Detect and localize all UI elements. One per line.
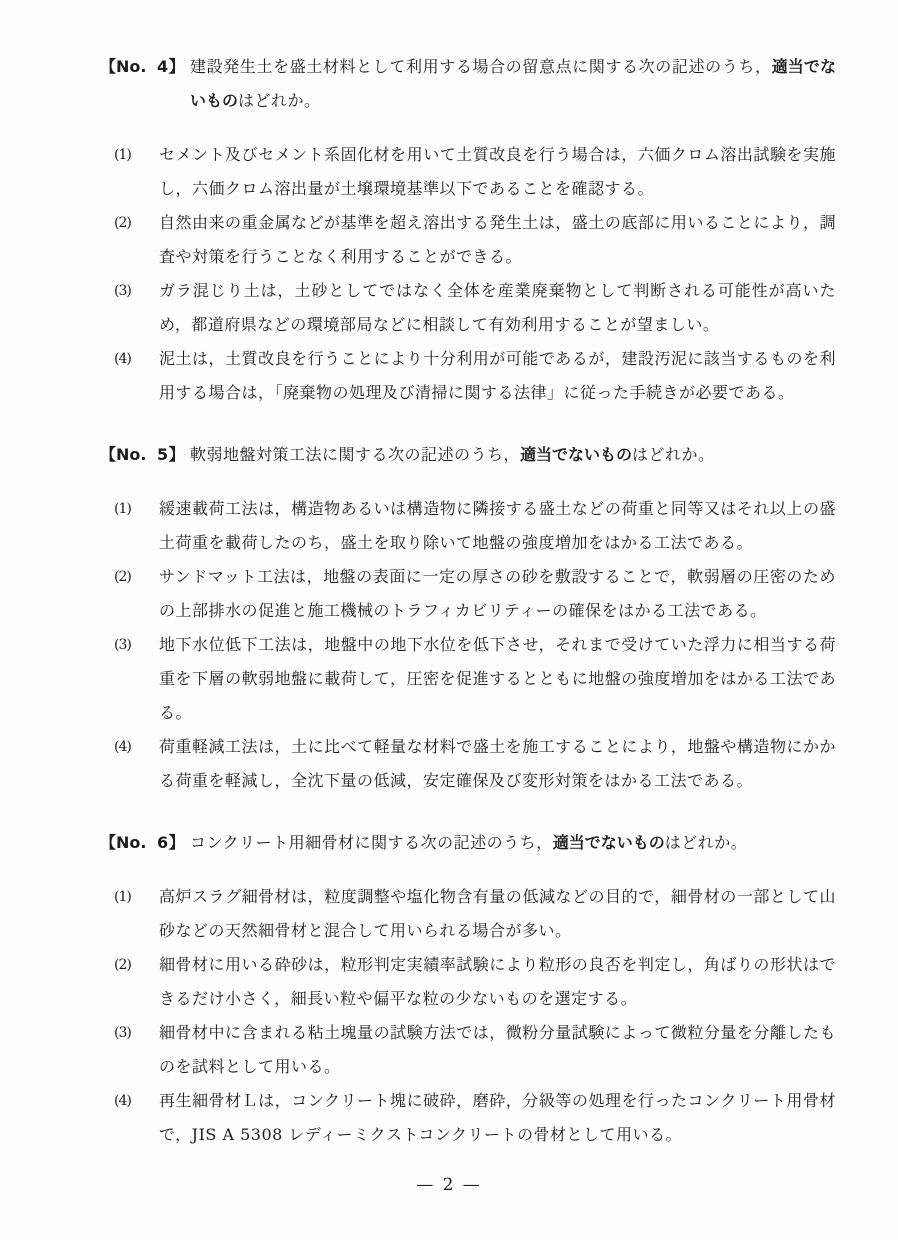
option-row: (2) サンドマット工法は，地盤の表面に一定の厚さの砂を敷設することで，軟弱層の…	[114, 560, 836, 628]
option-number: (4)	[114, 342, 131, 376]
option-number: (3)	[114, 628, 131, 662]
option-row: (4) 荷重軽減工法は，土に比べて軽量な材料で盛土を施工することにより，地盤や構…	[114, 730, 836, 798]
option-row: (4) 再生細骨材Ｌは，コンクリート塊に破砕，磨砕，分級等の処理を行ったコンクリ…	[114, 1084, 836, 1152]
question-4-stem: 建設発生土を盛土材料として利用する場合の留意点に関する次の記述のうち，	[190, 57, 772, 76]
question-5-stem-suffix: はどれか。	[632, 445, 715, 464]
exam-page: 【No. 4】 建設発生土を盛土材料として利用する場合の留意点に関する次の記述の…	[0, 0, 898, 1240]
question-6-stem: コンクリート用細骨材に関する次の記述のうち，	[190, 833, 553, 852]
option-row: (1) 高炉スラグ細骨材は，粒度調整や塩化物含有量の低減などの目的で，細骨材の一…	[114, 880, 836, 948]
question-4-number: 4】	[157, 50, 185, 84]
question-4-header: 【No. 4】 建設発生土を盛土材料として利用する場合の留意点に関する次の記述の…	[100, 50, 836, 118]
option-row: (3) 細骨材中に含まれる粘土塊量の試験方法では，微粉分量試験によって微粒分量を…	[114, 1016, 836, 1084]
question-4: 【No. 4】 建設発生土を盛土材料として利用する場合の留意点に関する次の記述の…	[100, 50, 836, 410]
question-6-no-bracket: 【No.	[100, 826, 146, 860]
question-5: 【No. 5】 軟弱地盤対策工法に関する次の記述のうち，適当でないものはどれか。…	[100, 438, 836, 798]
option-number: (1)	[114, 492, 131, 526]
option-number: (2)	[114, 560, 131, 594]
option-row: (3) ガラ混じり土は，土砂としてではなく全体を産業廃棄物として判断される可能性…	[114, 274, 836, 342]
question-5-stem: 軟弱地盤対策工法に関する次の記述のうち，	[190, 445, 520, 464]
option-row: (1) セメント及びセメント系固化材を用いて土質改良を行う場合は，六価クロム溶出…	[114, 138, 836, 206]
option-text: 荷重軽減工法は，土に比べて軽量な材料で盛土を施工することにより，地盤や構造物にか…	[159, 737, 836, 790]
question-5-header: 【No. 5】 軟弱地盤対策工法に関する次の記述のうち，適当でないものはどれか。	[100, 438, 836, 472]
option-number: (3)	[114, 1016, 131, 1050]
option-row: (1) 緩速載荷工法は，構造物あるいは構造物に隣接する盛土などの荷重と同等又はそ…	[114, 492, 836, 560]
question-5-options: (1) 緩速載荷工法は，構造物あるいは構造物に隣接する盛土などの荷重と同等又はそ…	[114, 492, 836, 798]
option-text: 高炉スラグ細骨材は，粒度調整や塩化物含有量の低減などの目的で，細骨材の一部として…	[159, 887, 836, 940]
option-text: 緩速載荷工法は，構造物あるいは構造物に隣接する盛土などの荷重と同等又はそれ以上の…	[159, 499, 836, 552]
page-number-footer: — 2 —	[0, 1168, 898, 1202]
option-text: サンドマット工法は，地盤の表面に一定の厚さの砂を敷設することで，軟弱層の圧密のた…	[159, 567, 836, 620]
question-6-number: 6】	[157, 826, 185, 860]
option-text: 細骨材中に含まれる粘土塊量の試験方法では，微粉分量試験によって微粒分量を分離した…	[159, 1023, 836, 1076]
question-6-header: 【No. 6】 コンクリート用細骨材に関する次の記述のうち，適当でないものはどれ…	[100, 826, 836, 860]
question-6-options: (1) 高炉スラグ細骨材は，粒度調整や塩化物含有量の低減などの目的で，細骨材の一…	[114, 880, 836, 1152]
question-4-stem-suffix: はどれか。	[238, 91, 321, 110]
question-4-no-bracket: 【No.	[100, 50, 146, 84]
question-5-number: 5】	[157, 438, 185, 472]
question-6-stem-suffix: はどれか。	[665, 833, 748, 852]
option-number: (4)	[114, 730, 131, 764]
option-text: 地下水位低下工法は，地盤中の地下水位を低下させ，それまで受けていた浮力に相当する…	[159, 635, 836, 722]
option-text: 再生細骨材Ｌは，コンクリート塊に破砕，磨砕，分級等の処理を行ったコンクリート用骨…	[159, 1091, 836, 1144]
option-number: (4)	[114, 1084, 131, 1118]
option-number: (3)	[114, 274, 131, 308]
question-6-stem-emphasis: 適当でないもの	[553, 833, 665, 852]
option-row: (2) 自然由来の重金属などが基準を超え溶出する発生土は，盛土の底部に用いること…	[114, 206, 836, 274]
option-text: セメント及びセメント系固化材を用いて土質改良を行う場合は，六価クロム溶出試験を実…	[159, 145, 836, 198]
option-number: (2)	[114, 206, 131, 240]
option-text: 泥土は，土質改良を行うことにより十分利用が可能であるが，建設汚泥に該当するものを…	[159, 349, 836, 402]
option-text: 自然由来の重金属などが基準を超え溶出する発生土は，盛土の底部に用いることにより，…	[159, 213, 836, 266]
option-number: (1)	[114, 138, 131, 172]
question-5-stem-emphasis: 適当でないもの	[520, 445, 632, 464]
option-text: 細骨材に用いる砕砂は，粒形判定実績率試験により粒形の良否を判定し，角ばりの形状は…	[159, 955, 836, 1008]
option-text: ガラ混じり土は，土砂としてではなく全体を産業廃棄物として判断される可能性が高いた…	[159, 281, 836, 334]
question-6: 【No. 6】 コンクリート用細骨材に関する次の記述のうち，適当でないものはどれ…	[100, 826, 836, 1152]
option-number: (1)	[114, 880, 131, 914]
option-row: (2) 細骨材に用いる砕砂は，粒形判定実績率試験により粒形の良否を判定し，角ばり…	[114, 948, 836, 1016]
question-4-options: (1) セメント及びセメント系固化材を用いて土質改良を行う場合は，六価クロム溶出…	[114, 138, 836, 410]
option-row: (3) 地下水位低下工法は，地盤中の地下水位を低下させ，それまで受けていた浮力に…	[114, 628, 836, 730]
option-number: (2)	[114, 948, 131, 982]
question-5-no-bracket: 【No.	[100, 438, 146, 472]
option-row: (4) 泥土は，土質改良を行うことにより十分利用が可能であるが，建設汚泥に該当す…	[114, 342, 836, 410]
